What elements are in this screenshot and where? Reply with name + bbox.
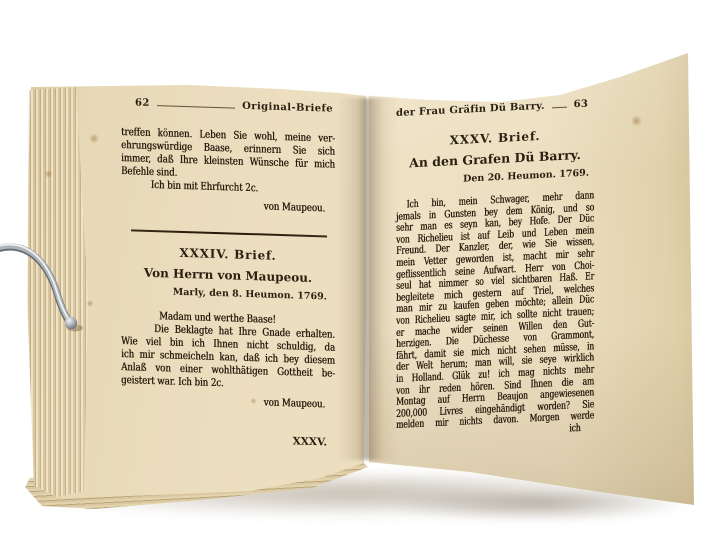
- letter-body: Ich bin, mein Schwager, mehr dann jemals…: [396, 190, 594, 443]
- foxing-spot: [88, 134, 100, 143]
- page-number: 63: [574, 99, 588, 111]
- dateline: Den 20. Heumon. 1769.: [396, 167, 594, 189]
- section-divider: [131, 229, 327, 237]
- right-page-text: der Frau Gräfin Dü Barry. 63 XXXV. Brief…: [396, 97, 594, 443]
- signature: von Maupeou.: [121, 196, 335, 216]
- foxing-spot: [44, 170, 53, 178]
- letter-heading: XXXV. Brief.: [396, 126, 594, 150]
- letter-subheading: An den Grafen Dü Barry.: [396, 146, 594, 171]
- header-rule: [157, 105, 235, 108]
- gutter-shadow: [338, 98, 398, 460]
- foxing-spot: [630, 116, 643, 126]
- letter-end-paragraph: treffen können. Leben Sie wohl, meine ve…: [121, 126, 335, 216]
- book-photo: 62 Original-Briefe treffen können. Leben…: [0, 0, 720, 540]
- running-title: Original-Briefe: [242, 101, 333, 115]
- metal-clip-icon: [0, 236, 86, 338]
- left-page-text: 62 Original-Briefe treffen können. Leben…: [121, 96, 335, 449]
- letter-subheading: Von Herrn von Maupeou.: [121, 265, 335, 286]
- foxing-spot: [86, 300, 94, 307]
- letter-heading: XXXIV. Brief.: [121, 244, 335, 265]
- dateline: Marly, den 8. Heumon. 1769.: [121, 285, 335, 304]
- letter-body: Madam und werthe Baase! Die Beklagte hat…: [121, 309, 335, 412]
- header-rule: [552, 107, 567, 109]
- page-number: 62: [135, 97, 150, 108]
- signature: von Maupeou.: [121, 392, 335, 412]
